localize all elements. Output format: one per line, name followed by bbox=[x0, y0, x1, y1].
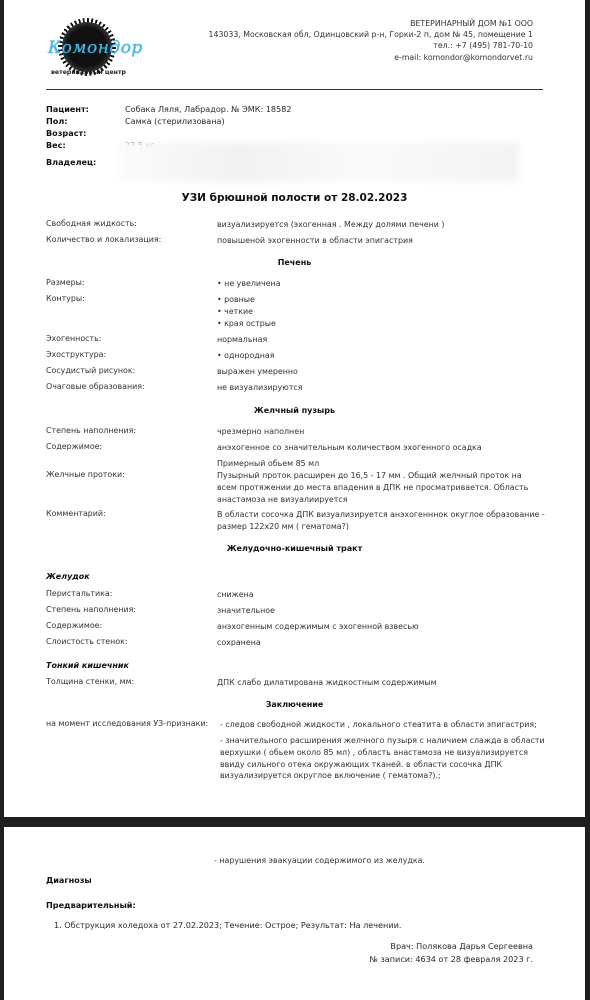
clinic-email: e-mail: komondor@komondorvet.ru bbox=[209, 52, 533, 63]
liver-row-2-value: нормальная bbox=[217, 334, 267, 346]
stomach-row-2-value: анэхогенным содержимым с эхогенной взвес… bbox=[217, 621, 419, 633]
conclusion-item-3: - нарушения эвакуации содержимого из жел… bbox=[214, 855, 425, 867]
free-fluid-value: визуализируется (эхогенная . Между долям… bbox=[217, 219, 445, 231]
liver-row-5-label: Очаговые образования: bbox=[46, 382, 145, 391]
stomach-row-1-label: Степень наполнения: bbox=[46, 605, 136, 614]
document-page-2: - нарушения эвакуации содержимого из жел… bbox=[4, 827, 585, 1000]
free-fluid-label: Свободная жидкость: bbox=[46, 219, 137, 228]
stomach-row-1-value: значительное bbox=[217, 605, 275, 617]
patient-label: Пациент: bbox=[46, 104, 89, 114]
patient-value: Собака Ляля, Лабрадор. № ЭМК: 18582 bbox=[125, 104, 292, 114]
document-page-1: Комондор ветеринарный центр ВЕТЕРИНАРНЫЙ… bbox=[4, 0, 585, 817]
quantity-localization-value: повышеной эхогенности в области эпигастр… bbox=[217, 235, 413, 247]
gi-tract-section-title: Желудочно-кишечный тракт bbox=[4, 544, 585, 553]
gallbladder-row-3-value: Пузырный проток расширен до 16,5 - 17 мм… bbox=[217, 470, 528, 505]
clinic-address: 143033, Московская обл, Одинцовский р-н,… bbox=[209, 29, 533, 40]
gallbladder-row-0-value: чрезмерно наполнен bbox=[217, 426, 304, 438]
diagnosis-item: 1. Обструкция холедоха от 27.02.2023; Те… bbox=[54, 920, 401, 930]
liver-row-2-label: Эхогенность: bbox=[46, 334, 101, 343]
sex-value: Самка (стерилизована) bbox=[125, 116, 225, 126]
liver-row-4-value: выражен умеренно bbox=[217, 366, 298, 378]
owner-label: Владелец: bbox=[46, 157, 96, 167]
liver-row-5-value: не визуализируются bbox=[217, 382, 303, 394]
conclusion-label: на момент исследования УЗ-признаки: bbox=[46, 719, 208, 728]
gallbladder-row-3-label: Желчные протоки: bbox=[46, 470, 125, 479]
liver-row-0-label: Размеры: bbox=[46, 278, 85, 287]
liver-row-1-value: • ровные • четкие • края острые bbox=[217, 294, 276, 329]
intestine-row-0-value: ДПК слабо дилатирована жидкостным содерж… bbox=[217, 677, 437, 689]
clinic-contacts: ВЕТЕРИНАРНЫЙ ДОМ №1 ООО 143033, Московск… bbox=[209, 18, 533, 63]
age-label: Возраст: bbox=[46, 128, 86, 138]
doctor-name: Врач: Полякова Дарья Сергеевна bbox=[390, 941, 533, 951]
conclusion-item-2: - значительного расширения желчного пузы… bbox=[220, 735, 545, 782]
conclusion-section-title: Заключение bbox=[4, 700, 585, 709]
gallbladder-row-2-value: Примерный обьем 85 мл bbox=[217, 458, 319, 470]
clinic-phone: тел.: +7 (495) 781-70-10 bbox=[209, 40, 533, 51]
liver-row-4-label: Сосудистый рисунок: bbox=[46, 366, 135, 375]
stomach-row-2-label: Содержимое: bbox=[46, 621, 102, 630]
sex-label: Пол: bbox=[46, 116, 68, 126]
clinic-name: ВЕТЕРИНАРНЫЙ ДОМ №1 ООО bbox=[209, 18, 533, 29]
quantity-localization-label: Количество и локализация: bbox=[46, 235, 161, 244]
report-title: УЗИ брюшной полости от 28.02.2023 bbox=[4, 192, 585, 204]
stomach-row-3-value: сохранена bbox=[217, 637, 261, 649]
liver-section-title: Печень bbox=[4, 258, 585, 267]
liver-row-0-value: • не увеличена bbox=[217, 278, 281, 290]
gallbladder-row-1-value: анэхогенное со значительным количеством … bbox=[217, 442, 482, 454]
logo-subtitle: ветеринарный центр bbox=[51, 69, 126, 76]
gallbladder-row-4-label: Комментарий: bbox=[46, 509, 106, 518]
stomach-row-3-label: Слоистость стенок: bbox=[46, 637, 128, 646]
diagnoses-title: Диагнозы bbox=[46, 875, 92, 885]
stomach-row-0-value: снижена bbox=[217, 589, 254, 601]
stomach-row-0-label: Перистальтика: bbox=[46, 589, 112, 598]
conclusion-item-1: - следов свободной жидкости , локального… bbox=[220, 719, 537, 731]
logo-text: Комондор bbox=[48, 38, 143, 58]
intestine-subtitle: Тонкий кишечник bbox=[46, 661, 129, 670]
gallbladder-row-4-value: В области сосочка ДПК визуализируется ан… bbox=[217, 509, 545, 533]
gallbladder-row-0-label: Степень наполнения: bbox=[46, 426, 136, 435]
gallbladder-row-1-label: Содержимое: bbox=[46, 442, 102, 451]
owner-redacted-area bbox=[119, 142, 519, 182]
weight-label: Вес: bbox=[46, 140, 66, 150]
preliminary-label: Предварительный: bbox=[46, 900, 136, 910]
intestine-row-0-label: Толщина стенки, мм: bbox=[46, 677, 134, 686]
liver-row-1-label: Контуры: bbox=[46, 294, 85, 303]
liver-row-3-label: Эхоструктура: bbox=[46, 350, 106, 359]
header-divider bbox=[46, 89, 543, 90]
record-number: № записи: 4634 от 28 февраля 2023 г. bbox=[370, 954, 533, 964]
liver-row-3-value: • однородная bbox=[217, 350, 274, 362]
gallbladder-section-title: Желчный пузырь bbox=[4, 406, 585, 415]
stomach-subtitle: Желудок bbox=[46, 572, 90, 581]
clinic-logo: Комондор ветеринарный центр bbox=[44, 18, 124, 80]
